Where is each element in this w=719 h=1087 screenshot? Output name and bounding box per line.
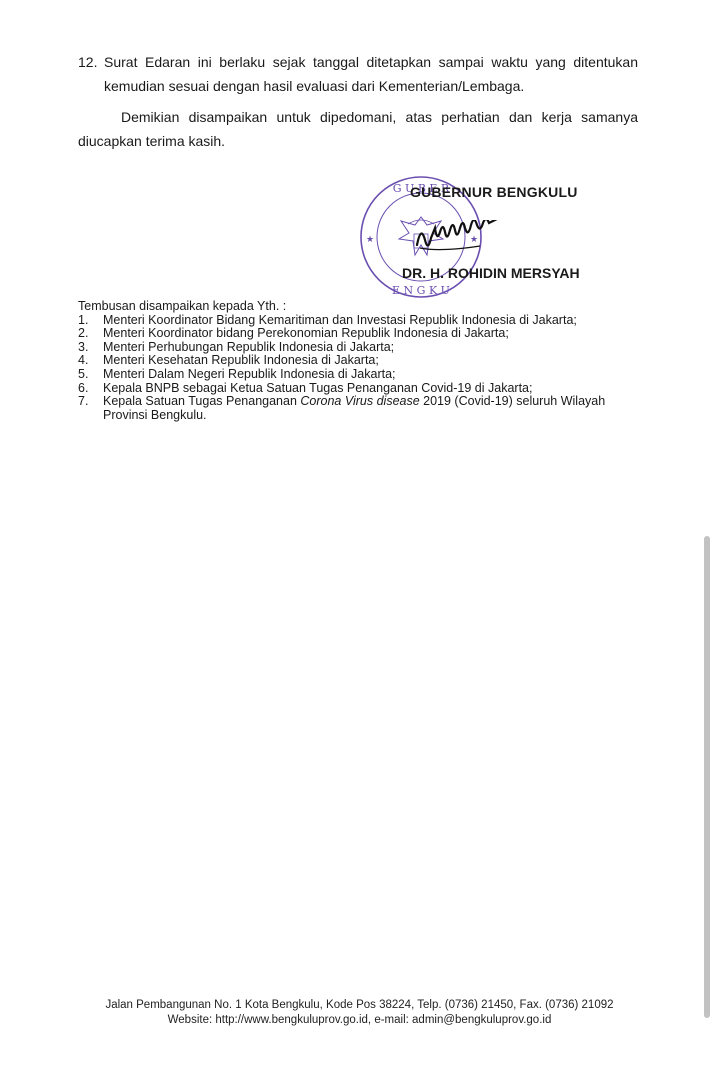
handwritten-signature-icon <box>412 220 522 255</box>
cc-item: 3.Menteri Perhubungan Republik Indonesia… <box>78 341 638 355</box>
vertical-scrollbar[interactable] <box>704 536 710 1018</box>
cc-item: 5.Menteri Dalam Negeri Republik Indonesi… <box>78 368 638 382</box>
signature-block: G U B E R E N G K U ★ ★ GUBERNUR BENGKUL… <box>352 172 612 302</box>
svg-text:E N G K U: E N G K U <box>392 284 450 297</box>
cc-item: 4.Menteri Kesehatan Republik Indonesia d… <box>78 354 638 368</box>
letterhead-footer: Jalan Pembangunan No. 1 Kota Bengkulu, K… <box>0 998 719 1027</box>
closing-line2: diucapkan terima kasih. <box>78 129 225 153</box>
item-12-line1: Surat Edaran ini berlaku sejak tanggal d… <box>104 50 638 74</box>
cc-item: 6.Kepala BNPB sebagai Ketua Satuan Tugas… <box>78 382 638 396</box>
item-12-number: 12. <box>78 50 97 74</box>
signatory-name: DR. H. ROHIDIN MERSYAH <box>402 265 580 281</box>
footer-contact: Website: http://www.bengkuluprov.go.id, … <box>0 1013 719 1028</box>
cc-item: 1.Menteri Koordinator Bidang Kemaritiman… <box>78 314 638 328</box>
svg-text:★: ★ <box>366 234 374 244</box>
cc-header: Tembusan disampaikan kepada Yth. : <box>78 300 638 314</box>
document-page: 12. Surat Edaran ini berlaku sejak tangg… <box>0 0 719 1087</box>
carbon-copy-list: Tembusan disampaikan kepada Yth. : 1.Men… <box>78 300 638 422</box>
cc-item: 2.Menteri Koordinator bidang Perekonomia… <box>78 327 638 341</box>
item-12-line2: kemudian sesuai dengan hasil evaluasi da… <box>104 74 524 98</box>
cc-item: 7.Kepala Satuan Tugas Penanganan Corona … <box>78 395 633 422</box>
signatory-title: GUBERNUR BENGKULU <box>410 184 578 200</box>
footer-address: Jalan Pembangunan No. 1 Kota Bengkulu, K… <box>0 998 719 1013</box>
closing-line1: Demikian disampaikan untuk dipedomani, a… <box>78 105 638 129</box>
